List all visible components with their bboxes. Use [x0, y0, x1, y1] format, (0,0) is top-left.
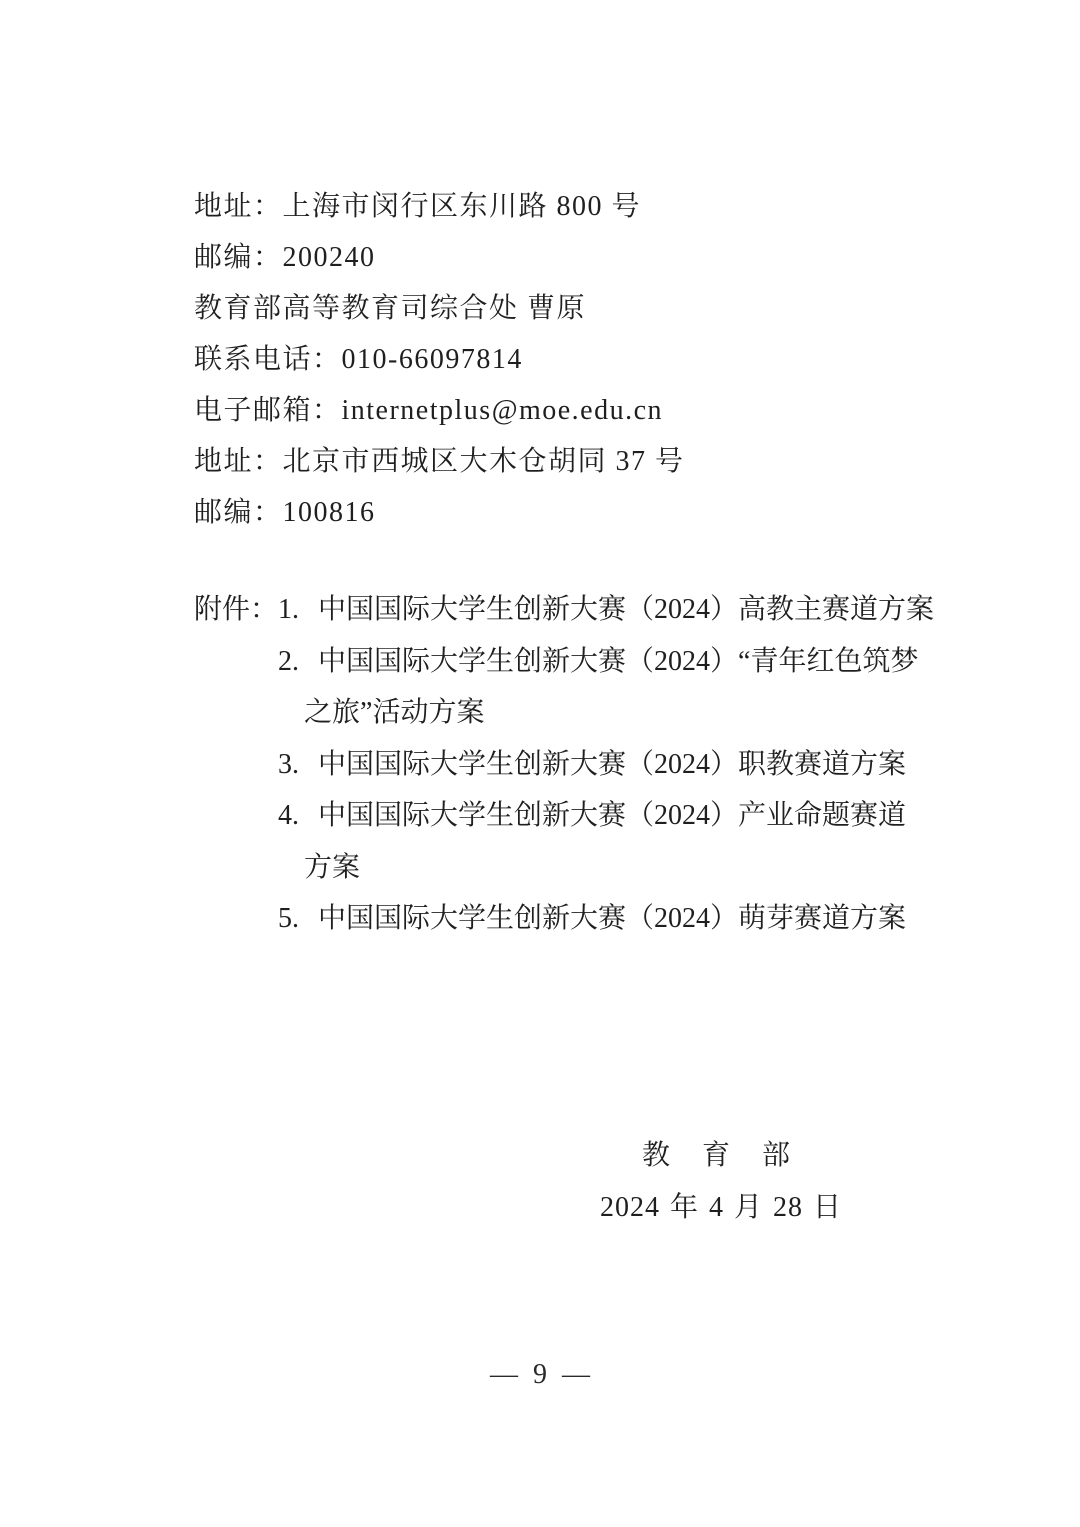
attachment-title-line: 中国国际大学生创新大赛（2024）高教主赛道方案: [318, 584, 934, 636]
attachment-item: 3. 中国国际大学生创新大赛（2024）职教赛道方案: [278, 739, 934, 791]
attachments-label: 附件：: [194, 584, 278, 636]
contact-line-email: 电子邮箱：internetplus@moe.edu.cn: [194, 385, 685, 436]
attachments-block: 附件： 1. 中国国际大学生创新大赛（2024）高教主赛道方案 2. 中国国际大…: [194, 584, 934, 945]
attachment-item: 5. 中国国际大学生创新大赛（2024）萌芽赛道方案: [278, 893, 934, 945]
contact-line-phone: 联系电话：010-66097814: [194, 334, 685, 385]
contact-block: 地址：上海市闵行区东川路 800 号 邮编：200240 教育部高等教育司综合处…: [194, 181, 685, 538]
attachment-number: 2.: [278, 636, 318, 688]
attachment-title-line: 中国国际大学生创新大赛（2024）职教赛道方案: [318, 739, 906, 791]
contact-line-postcode-shanghai: 邮编：200240: [194, 232, 685, 283]
attachment-item: 2. 中国国际大学生创新大赛（2024）“青年红色筑梦 之旅”活动方案: [278, 636, 934, 739]
attachment-title-line: 之旅”活动方案: [304, 687, 918, 739]
attachment-number: 1.: [278, 584, 318, 636]
attachment-number: 5.: [278, 893, 318, 945]
attachments-list: 1. 中国国际大学生创新大赛（2024）高教主赛道方案 2. 中国国际大学生创新…: [278, 584, 934, 945]
issuer-name: 教 育 部: [642, 1130, 790, 1181]
contact-line-address-shanghai: 地址：上海市闵行区东川路 800 号: [194, 181, 685, 232]
page-number-footer: — 9 —: [0, 1357, 1080, 1393]
contact-line-address-beijing: 地址：北京市西城区大木仓胡同 37 号: [194, 436, 685, 487]
document-page: 地址：上海市闵行区东川路 800 号 邮编：200240 教育部高等教育司综合处…: [0, 0, 1080, 1527]
contact-line-postcode-beijing: 邮编：100816: [194, 487, 685, 538]
attachment-title-line: 中国国际大学生创新大赛（2024）产业命题赛道: [318, 790, 906, 842]
attachment-title-line: 中国国际大学生创新大赛（2024）萌芽赛道方案: [318, 893, 906, 945]
attachment-title-line: 方案: [304, 842, 906, 894]
attachment-item: 4. 中国国际大学生创新大赛（2024）产业命题赛道 方案: [278, 790, 934, 893]
attachment-number: 3.: [278, 739, 318, 791]
contact-line-department-contact: 教育部高等教育司综合处 曹原: [194, 283, 685, 334]
attachment-number: 4.: [278, 790, 318, 842]
attachment-item: 1. 中国国际大学生创新大赛（2024）高教主赛道方案: [278, 584, 934, 636]
attachment-title-line: 中国国际大学生创新大赛（2024）“青年红色筑梦: [318, 636, 918, 688]
issue-date: 2024 年 4 月 28 日: [600, 1182, 842, 1233]
